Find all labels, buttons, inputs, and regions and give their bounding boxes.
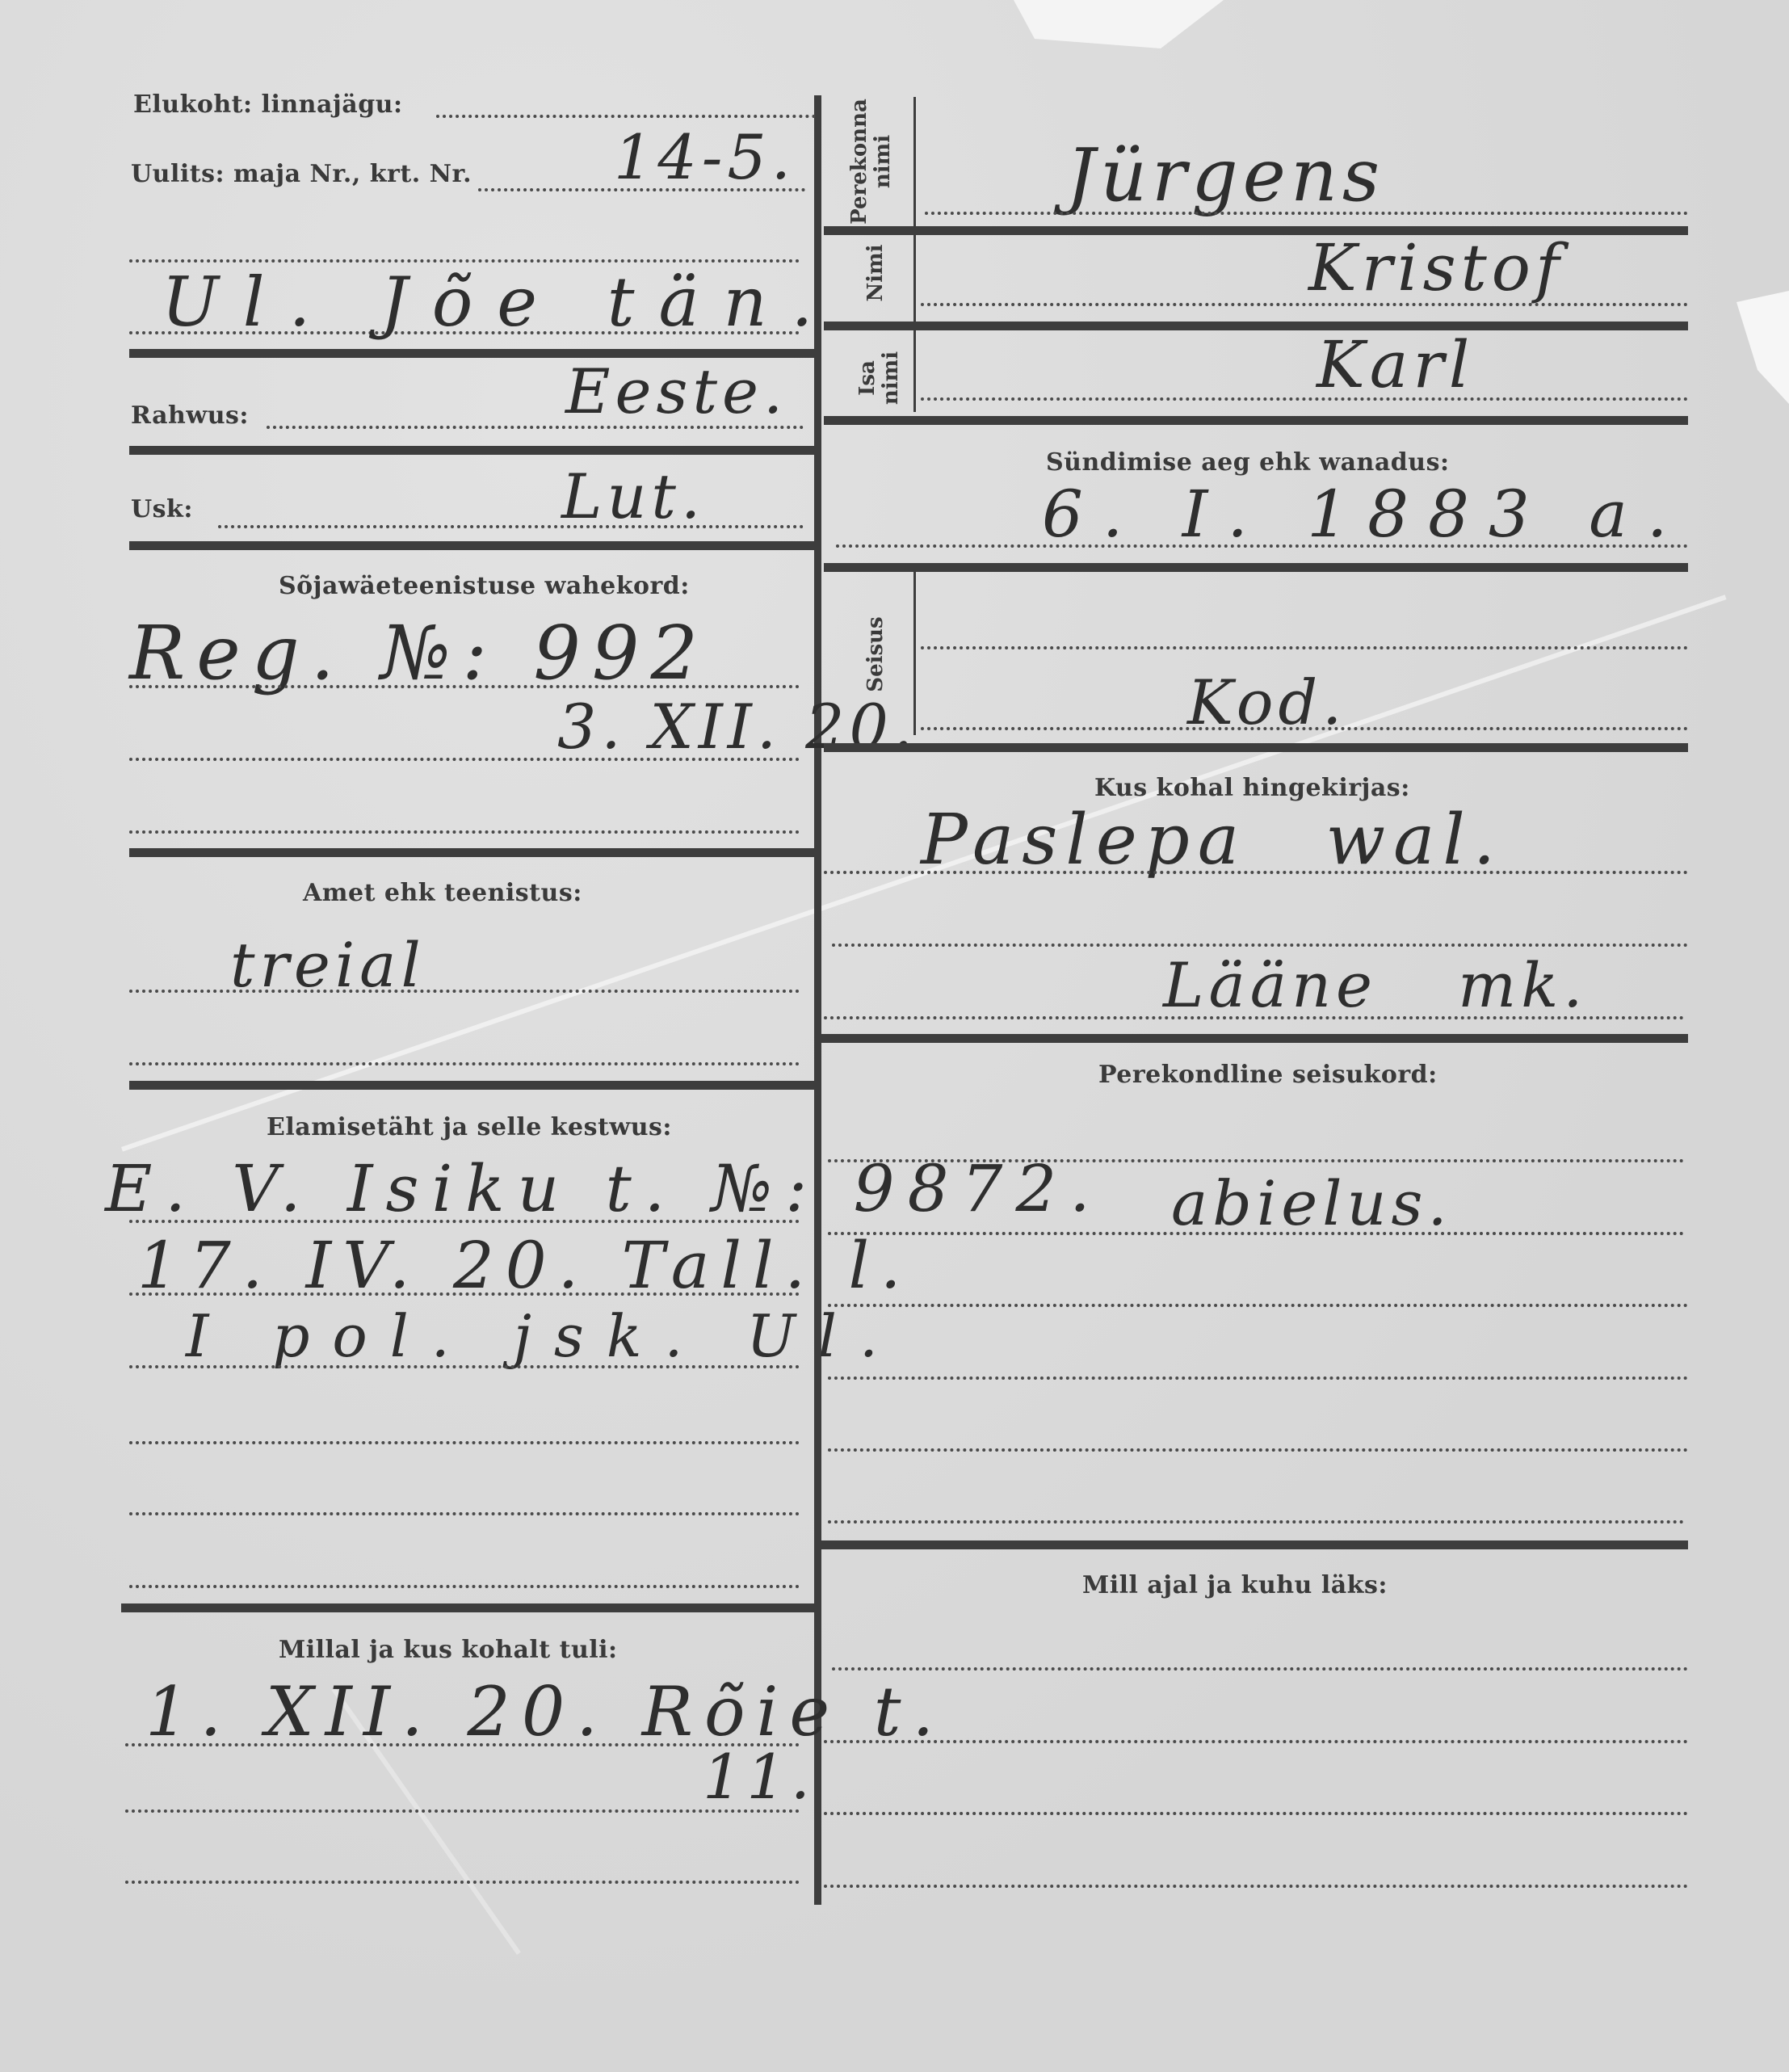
section-rule [129,848,816,857]
military-value-1[interactable]: Reg. №: 992 [129,610,709,696]
torn-edge-right [1737,291,1789,404]
dotted-line [828,1304,1688,1307]
section-rule [129,1081,816,1090]
dotted-line [129,1512,800,1515]
section-rule [824,563,1688,572]
surname-value[interactable]: Jürgens [1066,133,1384,218]
dotted-line [824,1812,1688,1815]
registry-label: Kus kohal hingekirjas: [1094,774,1410,802]
dotted-line [824,871,1688,874]
father-name-label: Isa nimi [856,338,905,418]
birth-value[interactable]: 6. I. 1883 a. [1042,477,1686,552]
dotted-line [129,990,800,993]
arrival-label: Millal ja kus kohalt tuli: [279,1636,618,1664]
dotted-line [925,212,1688,215]
street-value[interactable]: 14-5. [614,121,796,193]
dotted-line [129,758,800,761]
dotted-line [832,944,1688,947]
dotted-line [828,1376,1688,1380]
dotted-line [824,1740,1688,1743]
street-label: Uulits: maja Nr., krt. Nr. [131,160,472,188]
dotted-line [828,1520,1684,1524]
dotted-line [218,525,804,528]
section-rule [824,416,1688,425]
section-rule [824,743,1688,752]
religion-label: Usk: [131,495,193,523]
dotted-line [828,1232,1684,1235]
dotted-line [824,1016,1684,1019]
family-label: Perekondline seisukord: [1098,1061,1438,1089]
military-label: Sõjawäeteenistuse wahekord: [279,572,690,600]
residence-permit-label: Elamisetäht ja selle kestwus: [267,1113,672,1141]
dotted-line [129,1441,800,1444]
dotted-line [125,1881,800,1884]
dotted-line [436,115,816,118]
arrival-value-2[interactable]: 11. [703,1741,815,1813]
nationality-label: Rahwus: [131,401,249,430]
dotted-line [129,1585,800,1588]
dotted-line [129,685,800,688]
torn-corner-top [1014,0,1224,48]
first-name-value[interactable]: Kristof [1308,230,1564,305]
section-rule [129,446,816,455]
registry-value-2[interactable]: Lääne mk. [1163,949,1587,1021]
dotted-line [129,830,800,834]
residence-permit-line-3[interactable]: I pol. jsk. Ul. [186,1302,901,1370]
section-rule [820,1540,1688,1549]
section-rule [824,322,1688,330]
registry-value-1[interactable]: Paslepa wal. [921,800,1503,880]
dotted-line [125,1743,800,1746]
document-page: Elukoht: linnajägu: Uulits: maja Nr., kr… [0,0,1789,2072]
dotted-line [828,1448,1688,1452]
birth-label: Sündimise aeg ehk wanadus: [1046,448,1450,477]
residence-label: Elukoht: linnajägu: [133,90,403,119]
column-divider [814,95,821,1905]
dotted-line [921,303,1688,306]
nationality-value[interactable]: Eeste. [565,355,787,427]
dotted-line [129,1220,800,1223]
label-strip-divider [913,97,916,412]
address-value[interactable]: Ul. Jõe tän. [162,263,837,342]
first-name-label: Nimi [864,233,897,313]
section-rule [129,541,816,550]
family-value[interactable]: abielus. [1171,1167,1452,1239]
dotted-line [824,1885,1688,1888]
dotted-line [921,646,1688,649]
section-rule [820,1034,1688,1043]
dotted-line [921,727,1688,730]
departure-label: Mill ajal ja kuhu läks: [1082,1571,1388,1599]
dotted-line [129,1365,800,1368]
surname-label: Perekonna nimi [848,89,913,234]
dotted-line [129,1292,800,1296]
father-name-value[interactable]: Karl [1317,327,1474,402]
dotted-line [125,1809,800,1813]
dotted-line [828,1159,1684,1162]
religion-value[interactable]: Lut. [561,460,705,532]
section-rule [121,1603,816,1612]
status-label: Seisus [864,614,897,695]
dotted-line [836,544,1688,548]
dotted-line [921,397,1688,401]
occupation-label: Amet ehk teenistus: [303,879,582,907]
dotted-line [129,1062,800,1065]
dotted-line [832,1667,1688,1671]
